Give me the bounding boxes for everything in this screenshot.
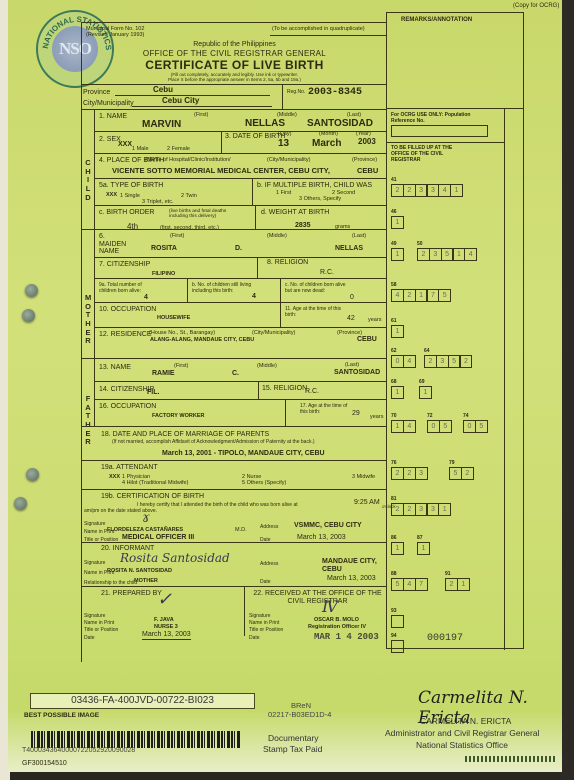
dob-day-caption: (Day) [278, 131, 291, 137]
pob-caption-city: (City/Municipality) [267, 157, 310, 163]
city-value: Cebu City [132, 97, 272, 107]
children-born-alive-label: 9a. Total number of children born alive: [99, 282, 159, 294]
mother-section-label: MOTHER [83, 294, 93, 346]
code-label: 81 [391, 496, 397, 502]
attendant-hilot: 4 Hilot (Traditional Midwife) [122, 480, 188, 486]
code-69-boxes: 1 [419, 386, 431, 399]
barcode-icon [31, 731, 241, 748]
attendant-mark: XXX [109, 474, 120, 480]
child-middle-name: NELLAS [245, 118, 285, 129]
cert-date: March 13, 2003 [297, 534, 346, 542]
first-name-caption: (First) [194, 112, 208, 118]
children-dead-label: c. No. of children born alive but are no… [285, 282, 350, 294]
punch-hole-icon [22, 309, 35, 322]
mother-occupation-label: 10. OCCUPATION [99, 306, 156, 314]
code-91-boxes: 21 [445, 578, 469, 591]
father-first-name: RAMIE [152, 370, 175, 378]
mother-age-unit: years [368, 317, 381, 323]
birth-order-value: 4th [127, 223, 138, 232]
cert-name: FLORDELEZA CASTAÑARES [107, 527, 183, 533]
birth-order-label: c. BIRTH ORDER [99, 209, 155, 217]
father-citizenship: FIL. [147, 389, 159, 397]
father-middle-name: C. [232, 370, 239, 378]
mother-age: 42 [347, 315, 355, 323]
mother-residence: ALANG-ALANG, MANDAUE CITY, CEBU [150, 337, 254, 343]
registrar-title: Administrator and Civil Registrar Genera… [385, 728, 539, 738]
attendant-label: 19a. ATTENDANT [101, 464, 158, 472]
mother-middle-name: D. [235, 245, 242, 253]
ocrg-label: For OCRG USE ONLY: Population Reference … [391, 112, 471, 124]
informant-relationship: MOTHER [134, 578, 158, 584]
code-label: 88 [391, 571, 397, 577]
children-dead: 0 [350, 294, 354, 302]
children-living-label: b. No. of children still living includin… [192, 282, 257, 294]
received-name-label: Name in Print [249, 620, 279, 626]
punch-hole-icon [25, 284, 38, 297]
prepared-name: F. JAVA [154, 617, 174, 623]
weight-label: d. WEIGHT AT BIRTH [261, 209, 329, 217]
code-58-boxes: 42175 [391, 289, 450, 302]
prepared-date: March 13, 2003 [142, 631, 191, 640]
code-label: 49 [391, 241, 397, 247]
middle-name-caption: (Middle) [267, 233, 287, 239]
fill-label: TO BE FILLED UP AT THE OFFICE OF THE CIV… [391, 145, 463, 163]
registrar-name: CARMELITA N. ERICTA [420, 716, 511, 726]
gf-code: GF300154510 [22, 760, 67, 767]
birth-time: 9:25 AM [354, 499, 380, 507]
informant-address: MANDAUE CITY, CEBU [322, 558, 386, 573]
received-title: Registration Officer IV [308, 624, 366, 630]
child-section-label: CHILD [83, 159, 93, 202]
reg-no-label: Reg.No. [287, 89, 305, 95]
document-title: CERTIFICATE OF LIVE BIRTH [82, 58, 387, 72]
received-signature-icon: Ⅳ [322, 597, 338, 616]
remarks-panel: REMARKS/ANNOTATION For OCRG USE ONLY: Po… [386, 12, 524, 649]
birth-type-label: 5a. TYPE OF BIRTH [99, 182, 163, 190]
mother-age-label: 11. Age at the time of this birth: [285, 306, 345, 318]
sex-female-option: 2 Female [167, 146, 190, 152]
remarks-title: REMARKS/ANNOTATION [401, 17, 472, 23]
certificate-form: Municipal Form No. 102 (Revised January … [81, 22, 386, 662]
code-94-boxes [391, 640, 403, 653]
code-62-boxes: 04 [391, 355, 415, 368]
informant-signature-label: Signature [84, 560, 105, 566]
registrar-office: National Statistics Office [416, 740, 508, 750]
father-age-label: 17. Age at the time of this birth: [300, 403, 350, 415]
code-label: 69 [419, 379, 425, 385]
dob-day: 13 [278, 138, 289, 149]
children-born-alive: 4 [144, 294, 148, 302]
code-label: 94 [391, 633, 397, 639]
cert-signature-icon: ɤ [142, 510, 150, 526]
cert-md: M.D. [235, 527, 247, 533]
pob-caption-province: (Province) [352, 157, 377, 163]
code-70-boxes: 14 [391, 420, 415, 433]
residence-caption-street: (House No., St., Barangay) [149, 330, 215, 336]
pob-value: VICENTE SOTTO MEMORIAL MEDICAL CENTER, C… [112, 166, 330, 175]
barcode-number: T4000343640000722052920090028 [22, 747, 135, 754]
father-name-label: 13. NAME [99, 364, 131, 372]
child-name-label: 1. NAME [99, 113, 127, 121]
code-88-boxes: 547 [391, 578, 426, 591]
form-revised: (Revised January 1993) [86, 32, 144, 38]
code-76-boxes: 223 [391, 467, 426, 480]
mother-religion-label: 8. RELIGION [267, 259, 308, 267]
father-religion-label: 15. RELIGION [262, 385, 307, 393]
code-label: 72 [427, 413, 433, 419]
stamp-tax-line-1: Documentary [268, 733, 319, 743]
last-name-caption: (Last) [352, 233, 366, 239]
security-strip-icon [465, 756, 555, 762]
code-label: 70 [391, 413, 397, 419]
sex-mark: XXX [118, 141, 132, 149]
marriage-note: (If not married, accomplish Affidavit of… [112, 439, 382, 445]
code-label: 62 [391, 348, 397, 354]
marriage-value: March 13, 2001 - TIPOLO, MANDAUE CITY, C… [162, 450, 325, 458]
middle-name-caption: (Middle) [257, 363, 277, 369]
informant-date-label: Date [260, 579, 271, 585]
last-name-caption: (Last) [345, 362, 359, 368]
multiple-birth-label: b. IF MULTIPLE BIRTH, CHILD WAS [257, 182, 372, 190]
scanner-edge-right [560, 0, 574, 780]
reg-no-value: 2003-8345 [308, 87, 362, 98]
cert-title: MEDICAL OFFICER III [122, 534, 194, 542]
child-first-name: MARVIN [142, 119, 181, 130]
father-section-label: FATHER [83, 395, 93, 447]
instructions-2: Place X before the appropriate answer in… [82, 77, 387, 82]
punch-hole-icon [26, 468, 39, 481]
code-label: 50 [417, 241, 423, 247]
code-label: 74 [463, 413, 469, 419]
sex-male-option: 1 Male [132, 146, 149, 152]
birth-certificate-document: (Copy for OCRG) NATIONAL STATISTICS OFFI… [8, 0, 562, 772]
birth-type-twin: 2 Twin [181, 193, 197, 199]
code-87-boxes: 1 [417, 542, 429, 555]
pob-province: CEBU [357, 166, 378, 175]
informant-address-label: Address [260, 561, 278, 567]
first-name-caption: (First) [170, 233, 184, 239]
cert-address-label: Address [260, 524, 278, 530]
province-value: Cebu [115, 86, 270, 96]
multiple-birth-first: 1 First [276, 190, 291, 196]
maiden-name-label: 6. MAIDEN NAME [99, 233, 129, 256]
code-79-boxes: 52 [449, 467, 473, 480]
code-label: 93 [391, 608, 397, 614]
first-name-caption: (First) [174, 363, 188, 369]
father-age-unit: years [370, 414, 383, 420]
father-religion: R.C. [305, 388, 319, 396]
cert-signature-label: Signature [84, 521, 105, 527]
received-title-label: Title or Position [249, 627, 283, 633]
father-occupation: FACTORY WORKER [152, 413, 204, 419]
birth-type-mark: XXX [106, 192, 117, 198]
mother-last-name: NELLAS [335, 245, 363, 253]
father-age: 29 [352, 410, 360, 418]
dob-month: March [312, 138, 341, 149]
father-occupation-label: 16. OCCUPATION [99, 403, 156, 411]
code-50-boxes: 23514 [417, 248, 476, 261]
marriage-label: 18. DATE AND PLACE OF MARRIAGE OF PARENT… [101, 431, 269, 439]
code-label: 41 [391, 177, 397, 183]
birth-type-single: 1 Single [120, 193, 140, 199]
province-label: Province [83, 89, 110, 97]
code-68-boxes: 1 [391, 386, 403, 399]
prepared-signature-icon: ✓ [157, 589, 172, 610]
code-74-boxes: 05 [463, 420, 487, 433]
code-label: 91 [445, 571, 451, 577]
code-label: 86 [391, 535, 397, 541]
code-label: 64 [424, 348, 430, 354]
code-49-boxes: 1 [391, 248, 403, 261]
dob-month-caption: (Month) [319, 131, 338, 137]
mother-first-name: ROSITA [151, 245, 177, 253]
certification-text: I hereby certify that I attended the bir… [137, 502, 298, 508]
code-label: 46 [391, 209, 397, 215]
code-61-boxes: 1 [391, 325, 403, 338]
stamp-tax-line-2: Stamp Tax Paid [263, 744, 322, 754]
child-last-name: SANTOSIDAD [307, 118, 373, 129]
population-ref-field [391, 125, 488, 137]
code-label: 61 [391, 318, 397, 324]
multiple-birth-others: 3 Others, Specify [299, 196, 341, 202]
received-name: OSCAR B. MOLO [314, 617, 359, 623]
received-signature-label: Signature [249, 613, 270, 619]
informant-date: March 13, 2003 [327, 575, 376, 583]
code-label: 68 [391, 379, 397, 385]
punch-hole-icon [14, 497, 27, 510]
father-citizenship-label: 14. CITIZENSHIP [99, 386, 154, 394]
bren-value: 02217-B03ED1D-4 [268, 710, 331, 719]
prepared-by-label: 21. PREPARED BY [101, 590, 162, 598]
dob-label: 3. DATE OF BIRTH [225, 133, 285, 141]
code-label: 79 [449, 460, 455, 466]
code-64-boxes: 2352 [424, 355, 471, 368]
code-label: 87 [417, 535, 423, 541]
document-code-box: 03436-FA-400JVD-00722-BI023 [30, 693, 255, 709]
dob-year: 2003 [358, 137, 376, 146]
pob-caption-hospital: (Name of Hospital/Clinic/Institution/ [145, 157, 231, 163]
bren-label: BReN [291, 701, 311, 710]
code-46-boxes: 1 [391, 216, 403, 229]
code-86-boxes: 1 [391, 542, 403, 555]
received-label: 22. RECEIVED AT THE OFFICE OF THE CIVIL … [250, 590, 385, 605]
code-label: 58 [391, 282, 397, 288]
copy-note: (Copy for OCRG) [513, 3, 559, 9]
received-date-stamp: MAR 1 4 2003 [314, 632, 379, 642]
code-41-boxes: 223341 [391, 184, 462, 197]
prepared-name-label: Name in Print [84, 620, 114, 626]
attendant-midwife: 3 Midwife [352, 474, 375, 480]
serial-number: 000197 [427, 633, 463, 644]
city-label: City/Municipality [83, 100, 134, 108]
mother-religion: R.C. [320, 269, 334, 277]
residence-caption-city: (City/Municipality) [252, 330, 295, 336]
mother-occupation: HOUSEWIFE [157, 315, 190, 321]
informant-name: ROSITA N. SANTOSIDAD [107, 568, 172, 574]
code-72-boxes: 05 [427, 420, 451, 433]
republic-heading: Republic of the Philippines [82, 41, 387, 49]
certification-label: 19b. CERTIFICATION OF BIRTH [101, 493, 204, 501]
mother-citizenship: FILIPINO [152, 271, 175, 277]
code-93-boxes [391, 615, 403, 628]
birth-order-caption: (live births and fetal deaths including … [169, 209, 239, 219]
cert-address: VSMMC, CEBU CITY [294, 522, 362, 530]
best-image-label: BEST POSSIBLE IMAGE [24, 712, 99, 719]
residence-label: 12. RESIDENCE [99, 331, 152, 339]
mother-citizenship-label: 7. CITIZENSHIP [99, 261, 150, 269]
prepared-title: NURSE 3 [154, 624, 178, 630]
father-last-name: SANTOSIDAD [334, 369, 380, 377]
prepared-signature-label: Signature [84, 613, 105, 619]
code-label: 76 [391, 460, 397, 466]
informant-signature: Rosita Santosidad [120, 551, 230, 565]
received-date-label: Date [249, 635, 260, 641]
prepared-title-label: Title or Position [84, 627, 118, 633]
prepared-date-label: Date [84, 635, 95, 641]
code-81-boxes: 22331 [391, 503, 450, 516]
attendant-others: 5 Others (Specify) [242, 480, 286, 486]
mother-residence-province: CEBU [357, 336, 377, 344]
children-living: 4 [252, 293, 256, 301]
quadruplicate-note: (To be accomplished in quadruplicate) [272, 26, 365, 32]
